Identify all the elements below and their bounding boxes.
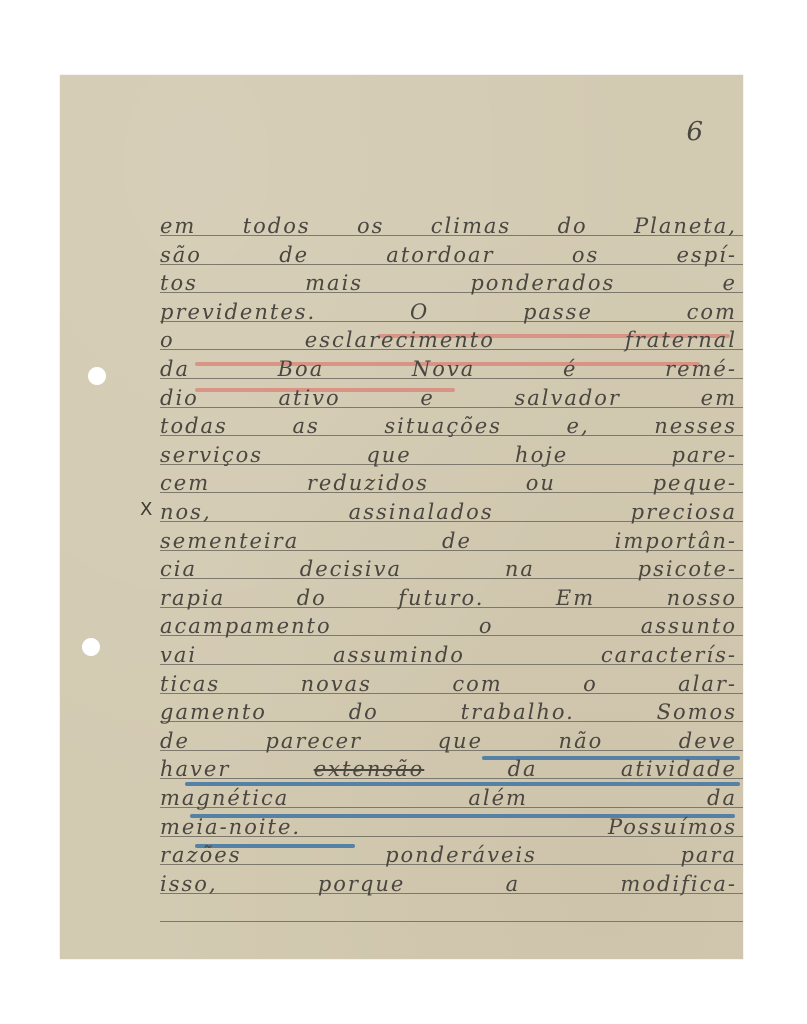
word: modifica- <box>620 871 737 897</box>
word: o <box>160 327 175 353</box>
word: hoje <box>515 442 568 468</box>
word: sementeira <box>160 528 299 554</box>
word: nesses <box>654 413 737 439</box>
word: Em <box>556 585 595 611</box>
word: os <box>572 242 599 268</box>
word: nosso <box>667 585 737 611</box>
punch-hole-bottom <box>82 638 100 656</box>
manuscript-page: 6 emtodososclimasdoPlaneta,sãodeatordoar… <box>60 75 743 959</box>
word: na <box>505 556 535 582</box>
page-number: 6 <box>686 117 703 147</box>
word: importân- <box>615 528 737 554</box>
word: alar- <box>678 671 737 697</box>
word: peque- <box>653 470 737 496</box>
word: o <box>479 613 494 639</box>
word: psicote- <box>638 556 737 582</box>
word: trabalho. <box>461 699 575 725</box>
word: situações <box>384 413 502 439</box>
word: da <box>160 356 190 382</box>
text-line: meia-noite.Possuímos <box>160 814 737 840</box>
text-line: nos,assinaladospreciosa <box>160 499 737 525</box>
word: ticas <box>160 671 220 697</box>
word: tos <box>160 270 198 296</box>
word: ou <box>526 470 556 496</box>
word: que <box>438 728 483 754</box>
text-line: todasassituaçõese,nesses <box>160 413 737 439</box>
word: preciosa <box>631 499 737 525</box>
word: futuro. <box>398 585 484 611</box>
word: pare- <box>671 442 737 468</box>
word: do <box>558 213 588 239</box>
word: reduzidos <box>307 470 429 496</box>
word: Possuímos <box>608 814 737 840</box>
text-line: gamentodotrabalho.Somos <box>160 699 737 725</box>
word: de <box>160 728 190 754</box>
text-line: cemreduzidosoupeque- <box>160 470 737 496</box>
word: cia <box>160 556 197 582</box>
word: em <box>701 385 737 411</box>
word: decisiva <box>300 556 402 582</box>
text-line: haverextensãodaatividade <box>160 756 737 782</box>
word: e <box>723 270 737 296</box>
text-line: serviçosquehojepare- <box>160 442 737 468</box>
word: esclarecimento <box>305 327 495 353</box>
word: dio <box>160 385 199 411</box>
word: rapia <box>160 585 225 611</box>
word: são <box>160 242 202 268</box>
word: com <box>452 671 502 697</box>
word: o <box>583 671 598 697</box>
word: assinalados <box>349 499 494 525</box>
margin-x-mark: X <box>140 499 152 520</box>
word: assunto <box>641 613 737 639</box>
word: atordoar <box>386 242 494 268</box>
word: extensão <box>314 756 425 782</box>
word: atividade <box>621 756 737 782</box>
word: porque <box>318 871 406 897</box>
word: do <box>349 699 379 725</box>
word: serviços <box>160 442 263 468</box>
text-line: emtodososclimasdoPlaneta, <box>160 213 737 239</box>
word: acampamento <box>160 613 332 639</box>
text-line: ticasnovascomoalar- <box>160 671 737 697</box>
text-line: tosmaisponderadose <box>160 270 737 296</box>
word: previdentes. <box>160 299 316 325</box>
text-line: ciadecisivanapsicote- <box>160 556 737 582</box>
text-line: deparecerquenãodeve <box>160 728 737 754</box>
word: salvador <box>514 385 621 411</box>
text-line: acampamentooassunto <box>160 613 737 639</box>
word: Boa <box>278 356 325 382</box>
word: de <box>442 528 472 554</box>
word: é <box>563 356 577 382</box>
text-line: sementeiradeimportân- <box>160 528 737 554</box>
word: passe <box>523 299 593 325</box>
text-line: dioativoesalvadorem <box>160 385 737 411</box>
ruled-line <box>160 921 743 922</box>
word: com <box>687 299 737 325</box>
text-line: previdentes.Opassecom <box>160 299 737 325</box>
word: cem <box>160 470 210 496</box>
word: da <box>707 785 737 811</box>
word: assumindo <box>333 642 465 668</box>
word: isso, <box>160 871 218 897</box>
word: todos <box>243 213 311 239</box>
word: climas <box>431 213 511 239</box>
word: e <box>420 385 434 411</box>
word: as <box>292 413 319 439</box>
word: não <box>559 728 604 754</box>
word: ponderáveis <box>385 842 537 868</box>
word: todas <box>160 413 228 439</box>
word: ativo <box>278 385 340 411</box>
word: e, <box>567 413 590 439</box>
word: do <box>297 585 327 611</box>
word: Somos <box>657 699 737 725</box>
word: nos, <box>160 499 212 525</box>
word: a <box>506 871 521 897</box>
word: razões <box>160 842 241 868</box>
text-line: isso,porqueamodifica- <box>160 871 737 897</box>
word: para <box>680 842 737 868</box>
word: da <box>508 756 538 782</box>
word: remé- <box>665 356 737 382</box>
word: fraternal <box>625 327 737 353</box>
word: caracterís- <box>601 642 737 668</box>
word: novas <box>301 671 372 697</box>
word: de <box>279 242 309 268</box>
text-line: oesclarecimentofraternal <box>160 327 737 353</box>
punch-hole-top <box>88 367 106 385</box>
word: ponderados <box>470 270 615 296</box>
word: magnética <box>160 785 289 811</box>
word: parecer <box>265 728 362 754</box>
text-line: vaiassumindocaracterís- <box>160 642 737 668</box>
word: os <box>357 213 384 239</box>
word: gamento <box>160 699 267 725</box>
word: além <box>468 785 528 811</box>
word: mais <box>305 270 363 296</box>
word: Planeta, <box>634 213 737 239</box>
word: que <box>366 442 411 468</box>
text-line: sãodeatordoarosespí- <box>160 242 737 268</box>
text-line: daBoaNovaéremé- <box>160 356 737 382</box>
word: O <box>410 299 429 325</box>
word: meia-noite. <box>160 814 301 840</box>
word: espí- <box>676 242 736 268</box>
text-line: magnéticaalémda <box>160 785 737 811</box>
word: deve <box>679 728 737 754</box>
word: vai <box>160 642 197 668</box>
word: em <box>160 213 196 239</box>
text-line: rapiadofuturo.Emnosso <box>160 585 737 611</box>
word: haver <box>160 756 230 782</box>
text-line: razõesponderáveispara <box>160 842 737 868</box>
word: Nova <box>412 356 475 382</box>
